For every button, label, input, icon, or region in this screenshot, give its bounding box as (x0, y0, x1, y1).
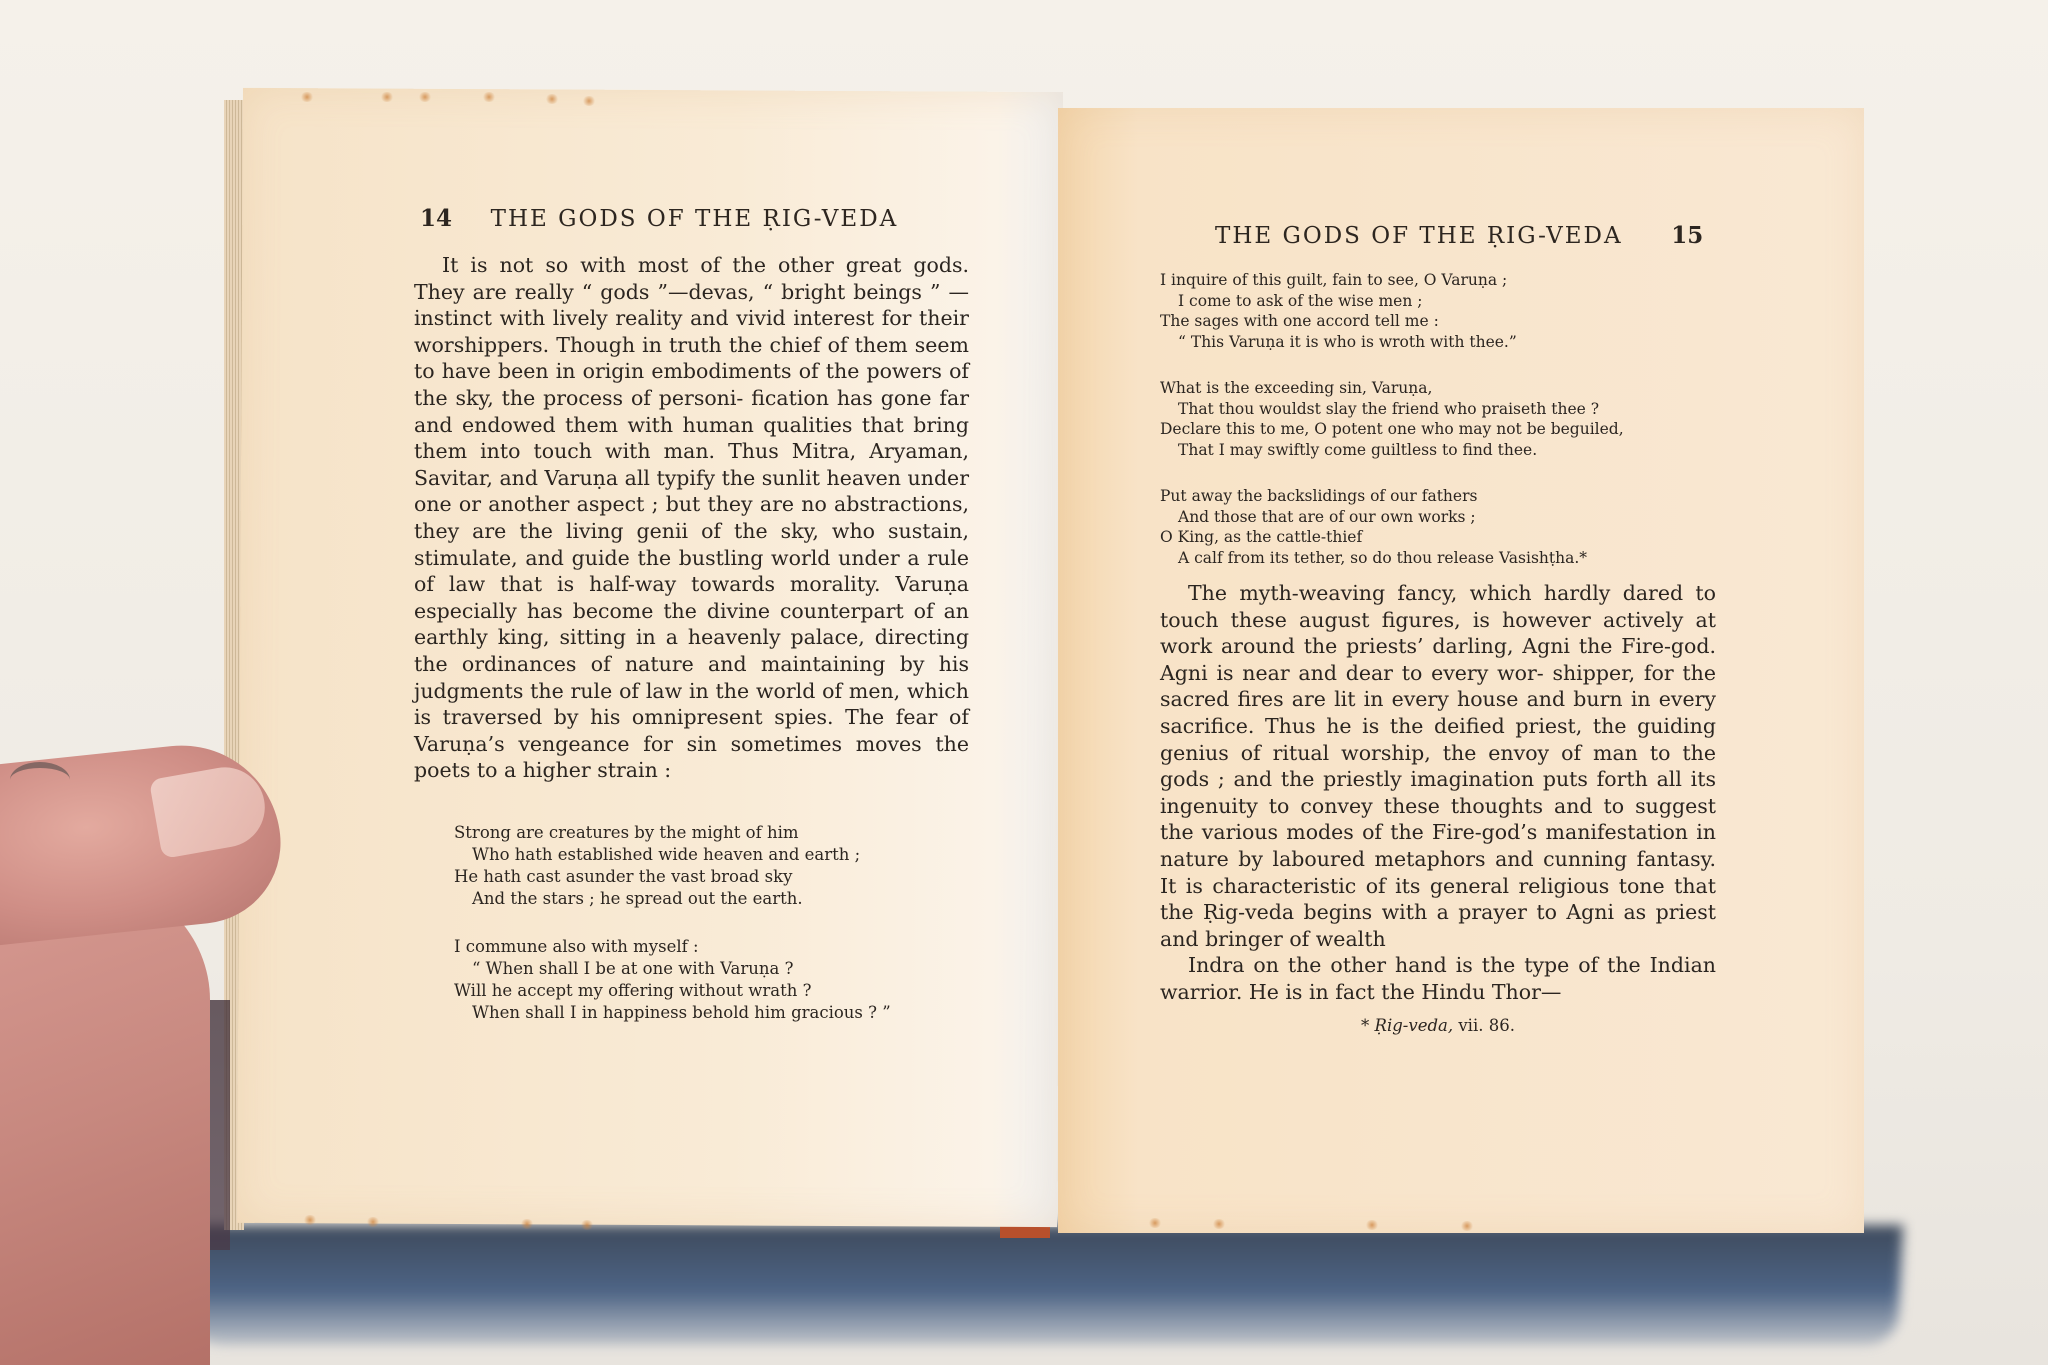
left-paragraph: It is not so with most of the other grea… (414, 252, 969, 784)
verse-line: Strong are creatures by the might of him (454, 822, 969, 844)
right-paragraph: Indra on the other hand is the type of t… (1160, 952, 1716, 1005)
right-page-number: 15 (1671, 222, 1703, 249)
foxing-spot (1365, 1220, 1379, 1230)
foxing-spot (520, 1219, 534, 1229)
left-prose: It is not so with most of the other grea… (414, 252, 969, 784)
verse-stanza: What is the exceeding sin, Varuṇa, That … (1160, 378, 1716, 460)
verse-line: I come to ask of the wise men ; (1160, 291, 1716, 312)
tattoo-mark (10, 762, 70, 798)
verse-line: Who hath established wide heaven and ear… (454, 844, 969, 866)
verse-line: I commune also with myself : (454, 936, 969, 958)
verse-stanza: I commune also with myself : “ When shal… (454, 936, 969, 1024)
foxing-spot (300, 92, 314, 102)
right-page-body: I inquire of this guilt, fain to see, O … (1160, 270, 1716, 1035)
foxing-spot (366, 1217, 380, 1227)
left-verse-block: Strong are creatures by the might of him… (414, 822, 969, 1024)
verse-line: That thou wouldst slay the friend who pr… (1160, 399, 1716, 420)
book-shadow (167, 1225, 1903, 1345)
verse-line: “ This Varuṇa it is who is wroth with th… (1160, 332, 1716, 353)
verse-stanza: Strong are creatures by the might of him… (454, 822, 969, 910)
footnote-reference: vii. 86. (1458, 1016, 1515, 1035)
left-running-head: 14 THE GODS OF THE ṚIG-VEDA (420, 205, 898, 232)
foxing-spot (482, 92, 496, 102)
foxing-spot (582, 96, 596, 106)
foxing-spot (303, 1215, 317, 1225)
verse-stanza: Put away the backslidings of our fathers… (1160, 486, 1716, 568)
foxing-spot (1148, 1218, 1162, 1228)
verse-stanza: I inquire of this guilt, fain to see, O … (1160, 270, 1716, 352)
right-paragraph: The myth-weaving fancy, which hardly dar… (1160, 580, 1716, 952)
footnote: * Ṛig-veda, vii. 86. (1160, 1016, 1716, 1035)
verse-line: “ When shall I be at one with Varuṇa ? (454, 958, 969, 980)
left-page-body: It is not so with most of the other grea… (414, 252, 969, 1050)
right-verse-block: I inquire of this guilt, fain to see, O … (1160, 270, 1716, 568)
verse-line: I inquire of this guilt, fain to see, O … (1160, 270, 1716, 291)
left-page-number: 14 (420, 205, 452, 232)
verse-line: He hath cast asunder the vast broad sky (454, 866, 969, 888)
verse-line: That I may swiftly come guiltless to fin… (1160, 440, 1716, 461)
verse-line: The sages with one accord tell me : (1160, 311, 1716, 332)
verse-line: Declare this to me, O potent one who may… (1160, 419, 1716, 440)
verse-line: And those that are of our own works ; (1160, 507, 1716, 528)
hand-palm (0, 880, 210, 1365)
verse-line: Will he accept my offering without wrath… (454, 980, 969, 1002)
foxing-spot (418, 92, 432, 102)
foxing-spot (380, 92, 394, 102)
right-running-title: THE GODS OF THE ṚIG-VEDA (1215, 223, 1623, 249)
verse-line: O King, as the cattle-thief (1160, 527, 1716, 548)
verse-line: What is the exceeding sin, Varuṇa, (1160, 378, 1716, 399)
right-prose: The myth-weaving fancy, which hardly dar… (1160, 580, 1716, 1006)
verse-line: And the stars ; he spread out the earth. (454, 888, 969, 910)
verse-line: When shall I in happiness behold him gra… (454, 1002, 969, 1024)
verse-line: A calf from its tether, so do thou relea… (1160, 548, 1716, 569)
verse-line: Put away the backslidings of our fathers (1160, 486, 1716, 507)
footnote-source: Ṛig-veda, (1375, 1016, 1454, 1035)
right-running-head: THE GODS OF THE ṚIG-VEDA 15 (1215, 222, 1703, 249)
foxing-spot (1212, 1219, 1226, 1229)
foxing-spot (1460, 1221, 1474, 1231)
foxing-spot (580, 1220, 594, 1230)
foxing-spot (545, 94, 559, 104)
footnote-marker: * (1361, 1016, 1369, 1035)
left-running-title: THE GODS OF THE ṚIG-VEDA (491, 206, 899, 232)
